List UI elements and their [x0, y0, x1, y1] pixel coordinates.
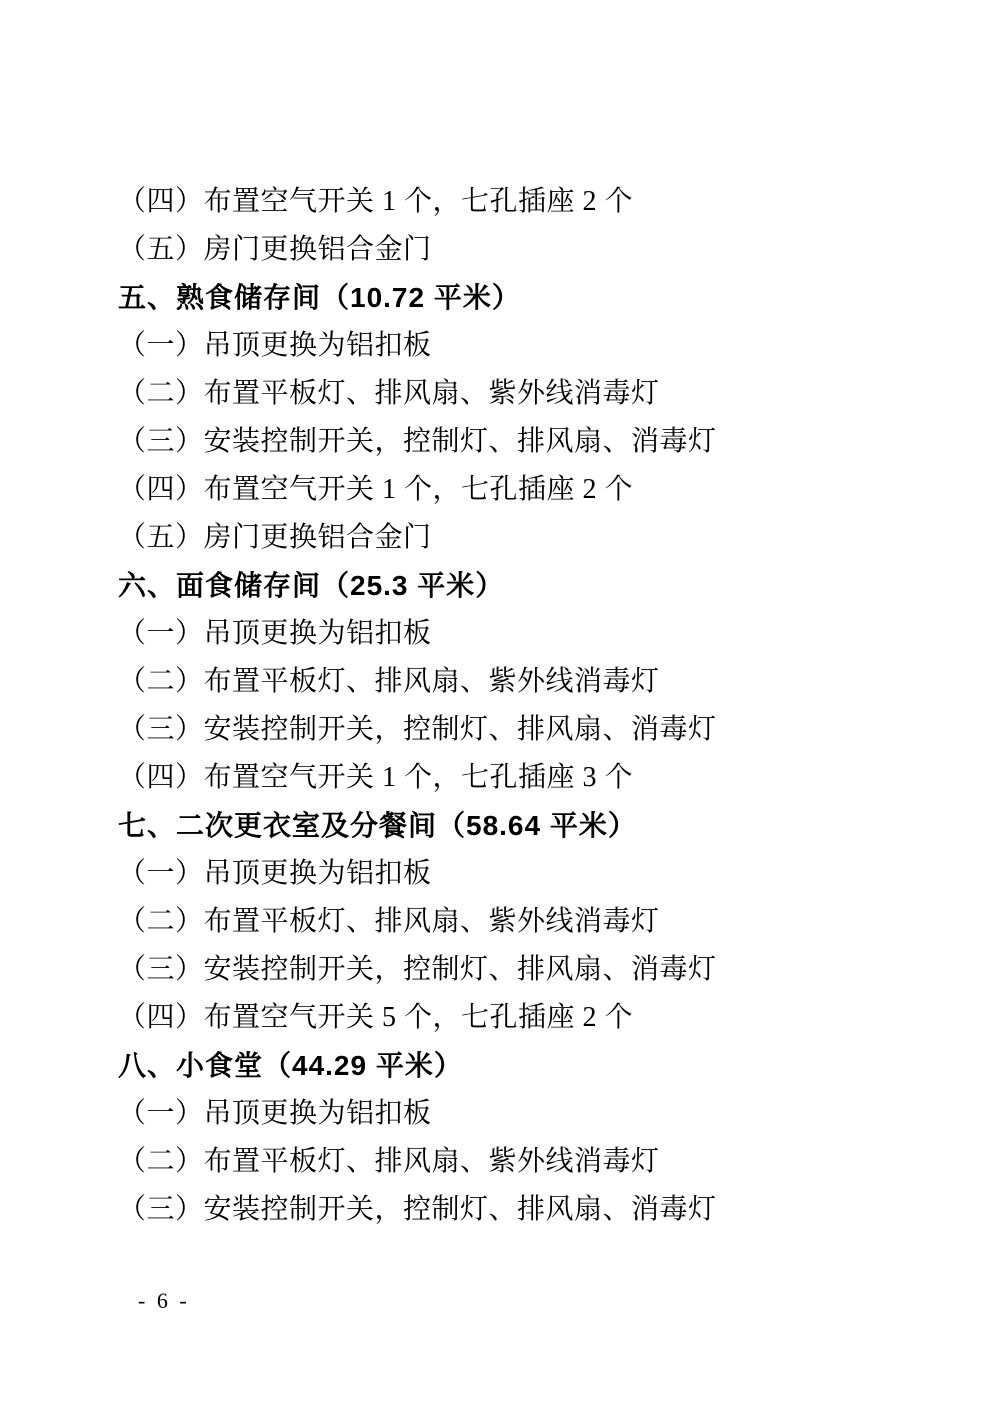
doc-line-item: （二）布置平板灯、排风扇、紫外线消毒灯 — [118, 370, 918, 418]
doc-line-item: （四）布置空气开关 1 个，七孔插座 2 个 — [118, 178, 918, 226]
doc-line-item: （三）安装控制开关，控制灯、排风扇、消毒灯 — [118, 706, 918, 754]
doc-line-item: （三）安装控制开关，控制灯、排风扇、消毒灯 — [118, 418, 918, 466]
doc-line-item: （五）房门更换铝合金门 — [118, 514, 918, 562]
section-heading-7: 七、二次更衣室及分餐间（58.64 平米） — [118, 802, 918, 850]
doc-line-item: （三）安装控制开关，控制灯、排风扇、消毒灯 — [118, 946, 918, 994]
section-heading-5: 五、熟食储存间（10.72 平米） — [118, 274, 918, 322]
doc-line-item: （一）吊顶更换为铝扣板 — [118, 1090, 918, 1138]
doc-line-item: （五）房门更换铝合金门 — [118, 226, 918, 274]
document-page: （四）布置空气开关 1 个，七孔插座 2 个 （五）房门更换铝合金门 五、熟食储… — [0, 0, 1000, 1414]
page-number: - 6 - — [138, 1288, 190, 1314]
doc-line-item: （二）布置平板灯、排风扇、紫外线消毒灯 — [118, 1138, 918, 1186]
doc-line-item: （三）安装控制开关，控制灯、排风扇、消毒灯 — [118, 1186, 918, 1234]
document-body: （四）布置空气开关 1 个，七孔插座 2 个 （五）房门更换铝合金门 五、熟食储… — [118, 178, 918, 1234]
doc-line-item: （一）吊顶更换为铝扣板 — [118, 322, 918, 370]
doc-line-item: （四）布置空气开关 1 个，七孔插座 3 个 — [118, 754, 918, 802]
section-heading-8: 八、小食堂（44.29 平米） — [118, 1042, 918, 1090]
doc-line-item: （二）布置平板灯、排风扇、紫外线消毒灯 — [118, 898, 918, 946]
doc-line-item: （四）布置空气开关 5 个，七孔插座 2 个 — [118, 994, 918, 1042]
doc-line-item: （一）吊顶更换为铝扣板 — [118, 610, 918, 658]
doc-line-item: （四）布置空气开关 1 个，七孔插座 2 个 — [118, 466, 918, 514]
doc-line-item: （一）吊顶更换为铝扣板 — [118, 850, 918, 898]
section-heading-6: 六、面食储存间（25.3 平米） — [118, 562, 918, 610]
doc-line-item: （二）布置平板灯、排风扇、紫外线消毒灯 — [118, 658, 918, 706]
